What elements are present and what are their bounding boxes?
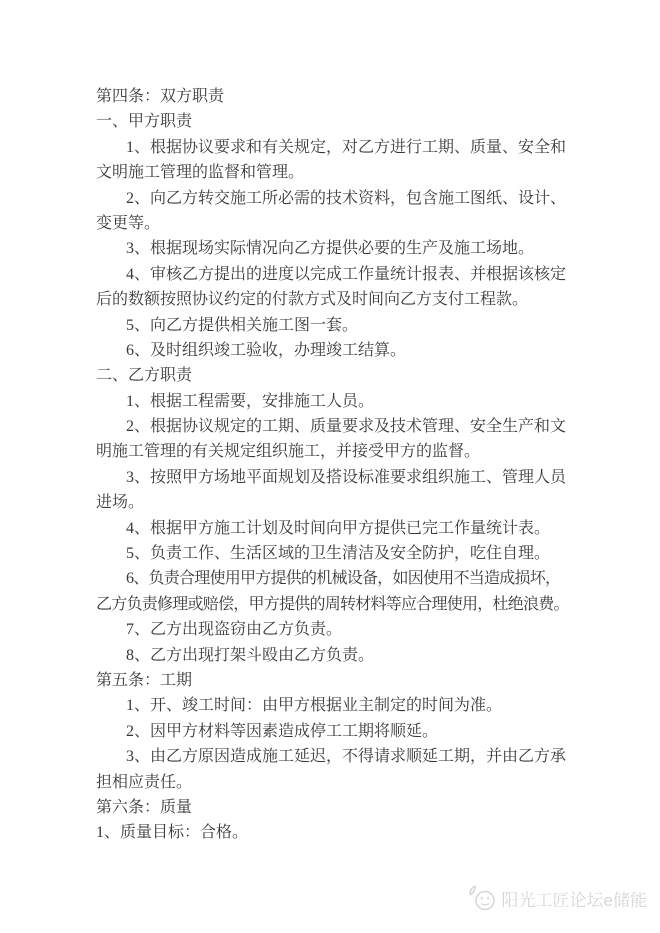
- clause-heading: 第四条：双方职责: [96, 84, 574, 109]
- clause-heading: 第五条：工期: [96, 668, 574, 693]
- contract-text: 第四条：双方职责一、甲方职责1、根据协议要求和有关规定，对乙方进行工期、质量、安…: [96, 84, 574, 846]
- clause-heading: 一、甲方职责: [96, 109, 574, 134]
- forum-logo-icon: [465, 884, 499, 912]
- clause-heading: 二、乙方职责: [96, 363, 574, 388]
- text-line: 担相应责任。: [96, 770, 574, 795]
- text-line: 6、及时组织竣工验收，办理竣工结算。: [96, 338, 574, 363]
- text-line: 3、根据现场实际情况向乙方提供必要的生产及施工场地。: [96, 236, 574, 261]
- text-line: 1、根据协议要求和有关规定，对乙方进行工期、质量、安全和: [96, 135, 574, 160]
- clause-heading: 第六条：质量: [96, 795, 574, 820]
- text-line: 变更等。: [96, 211, 574, 236]
- text-line: 明施工管理的有关规定组织施工，并接受甲方的监督。: [96, 439, 574, 464]
- text-line: 4、审核乙方提出的进度以完成工作量统计报表、并根据该核定: [96, 262, 574, 287]
- text-line: 3、按照甲方场地平面规划及搭设标准要求组织施工、管理人员: [96, 465, 574, 490]
- text-line: 2、根据协议规定的工期、质量要求及技术管理、安全生产和文: [96, 414, 574, 439]
- text-line: 8、乙方出现打架斗殴由乙方负责。: [96, 643, 574, 668]
- text-line: 1、根据工程需要，安排施工人员。: [96, 389, 574, 414]
- text-line: 3、由乙方原因造成施工延迟，不得请求顺延工期，并由乙方承: [96, 744, 574, 769]
- text-line: 乙方负责修理或赔偿，甲方提供的周转材料等应合理使用，杜绝浪费。: [96, 592, 574, 617]
- text-line: 进场。: [96, 490, 574, 515]
- watermark: 阳光工匠论坛e储能: [465, 884, 647, 912]
- document-page: 第四条：双方职责一、甲方职责1、根据协议要求和有关规定，对乙方进行工期、质量、安…: [0, 0, 660, 933]
- text-line: 1、开、竣工时间：由甲方根据业主制定的时间为准。: [96, 693, 574, 718]
- text-line: 2、因甲方材料等因素造成停工工期将顺延。: [96, 719, 574, 744]
- text-line: 6、负责合理使用甲方提供的机械设备，如因使用不当造成损坏，: [96, 566, 574, 591]
- text-line: 2、向乙方转交施工所必需的技术资料，包含施工图纸、设计、: [96, 186, 574, 211]
- text-line: 文明施工管理的监督和管理。: [96, 160, 574, 185]
- text-line: 4、根据甲方施工计划及时间向甲方提供已完工作量统计表。: [96, 516, 574, 541]
- text-line: 5、向乙方提供相关施工图一套。: [96, 313, 574, 338]
- text-line: 1、质量目标：合格。: [96, 820, 574, 845]
- text-line: 7、乙方出现盗窃由乙方负责。: [96, 617, 574, 642]
- watermark-text: 阳光工匠论坛e储能: [502, 886, 647, 911]
- text-line: 后的数额按照协议约定的付款方式及时间向乙方支付工程款。: [96, 287, 574, 312]
- text-line: 5、负责工作、生活区域的卫生清洁及安全防护，吃住自理。: [96, 541, 574, 566]
